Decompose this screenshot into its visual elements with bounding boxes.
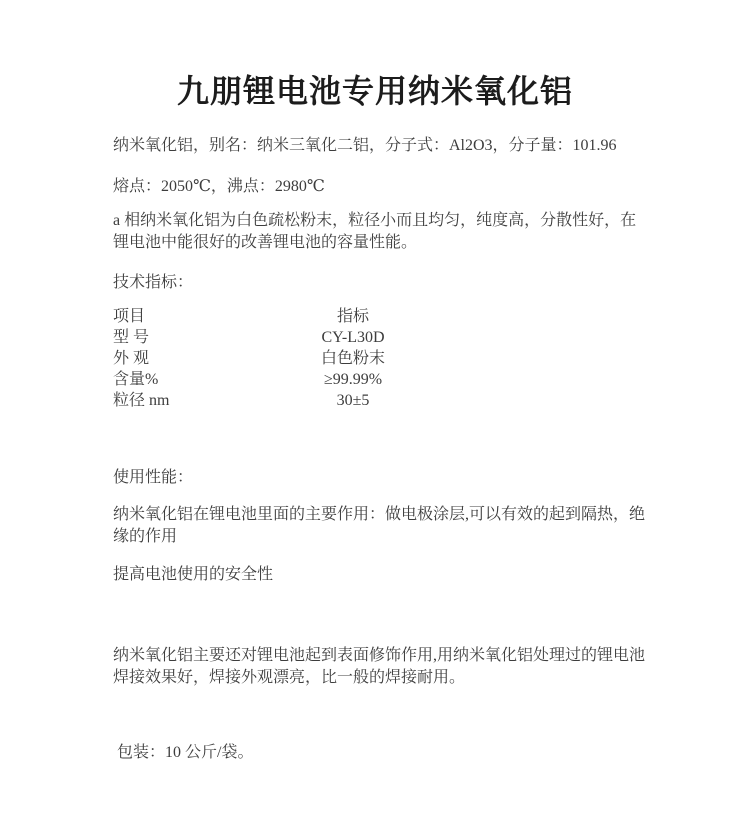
- spec-header-item: 项目: [113, 306, 253, 327]
- tech-spec-label: 技术指标：: [113, 272, 193, 293]
- spec-item-value: 30±5: [253, 390, 453, 411]
- spec-header-value: 指标: [253, 306, 453, 327]
- spec-row-model: 型 号 CY-L30D: [113, 327, 453, 348]
- spec-item-label: 粒径 nm: [113, 390, 253, 411]
- surface-note-paragraph: 纳米氧化铝主要还对锂电池起到表面修饰作用,用纳米氧化铝处理过的锂电池焊接效果好，…: [113, 645, 651, 689]
- description-paragraph: a 相纳米氧化铝为白色疏松粉末，粒径小而且均匀，纯度高，分散性好，在锂电池中能很…: [113, 210, 645, 254]
- spec-row-purity: 含量% ≥99.99%: [113, 369, 453, 390]
- packaging-line: 包装：10 公斤/袋。: [117, 742, 253, 763]
- spec-table-header-row: 项目 指标: [113, 306, 453, 327]
- spec-table: 项目 指标 型 号 CY-L30D 外 观 白色粉末 含量% ≥99.99% 粒…: [113, 306, 453, 411]
- usage-label: 使用性能：: [113, 467, 193, 488]
- spec-row-appearance: 外 观 白色粉末: [113, 348, 453, 369]
- spec-item-label: 型 号: [113, 327, 253, 348]
- spec-item-label: 含量%: [113, 369, 253, 390]
- spec-item-value: 白色粉末: [253, 348, 453, 369]
- document-page: 九朋锂电池专用纳米氧化铝 纳米氧化铝，别名：纳米三氧化二铝，分子式：Al2O3，…: [0, 0, 750, 836]
- spec-item-value: ≥99.99%: [253, 369, 453, 390]
- spec-item-label: 外 观: [113, 348, 253, 369]
- melting-boiling-line: 熔点：2050℃，沸点：2980℃: [113, 176, 325, 197]
- spec-row-particle-size: 粒径 nm 30±5: [113, 390, 453, 411]
- spec-item-value: CY-L30D: [253, 327, 453, 348]
- usage-main-paragraph: 纳米氧化铝在锂电池里面的主要作用：做电极涂层,可以有效的起到隔热，绝缘的作用: [113, 504, 645, 548]
- usage-safety-line: 提高电池使用的安全性: [113, 564, 273, 585]
- document-title: 九朋锂电池专用纳米氧化铝: [0, 66, 750, 112]
- intro-line: 纳米氧化铝，别名：纳米三氧化二铝，分子式：Al2O3，分子量：101.96: [113, 135, 617, 156]
